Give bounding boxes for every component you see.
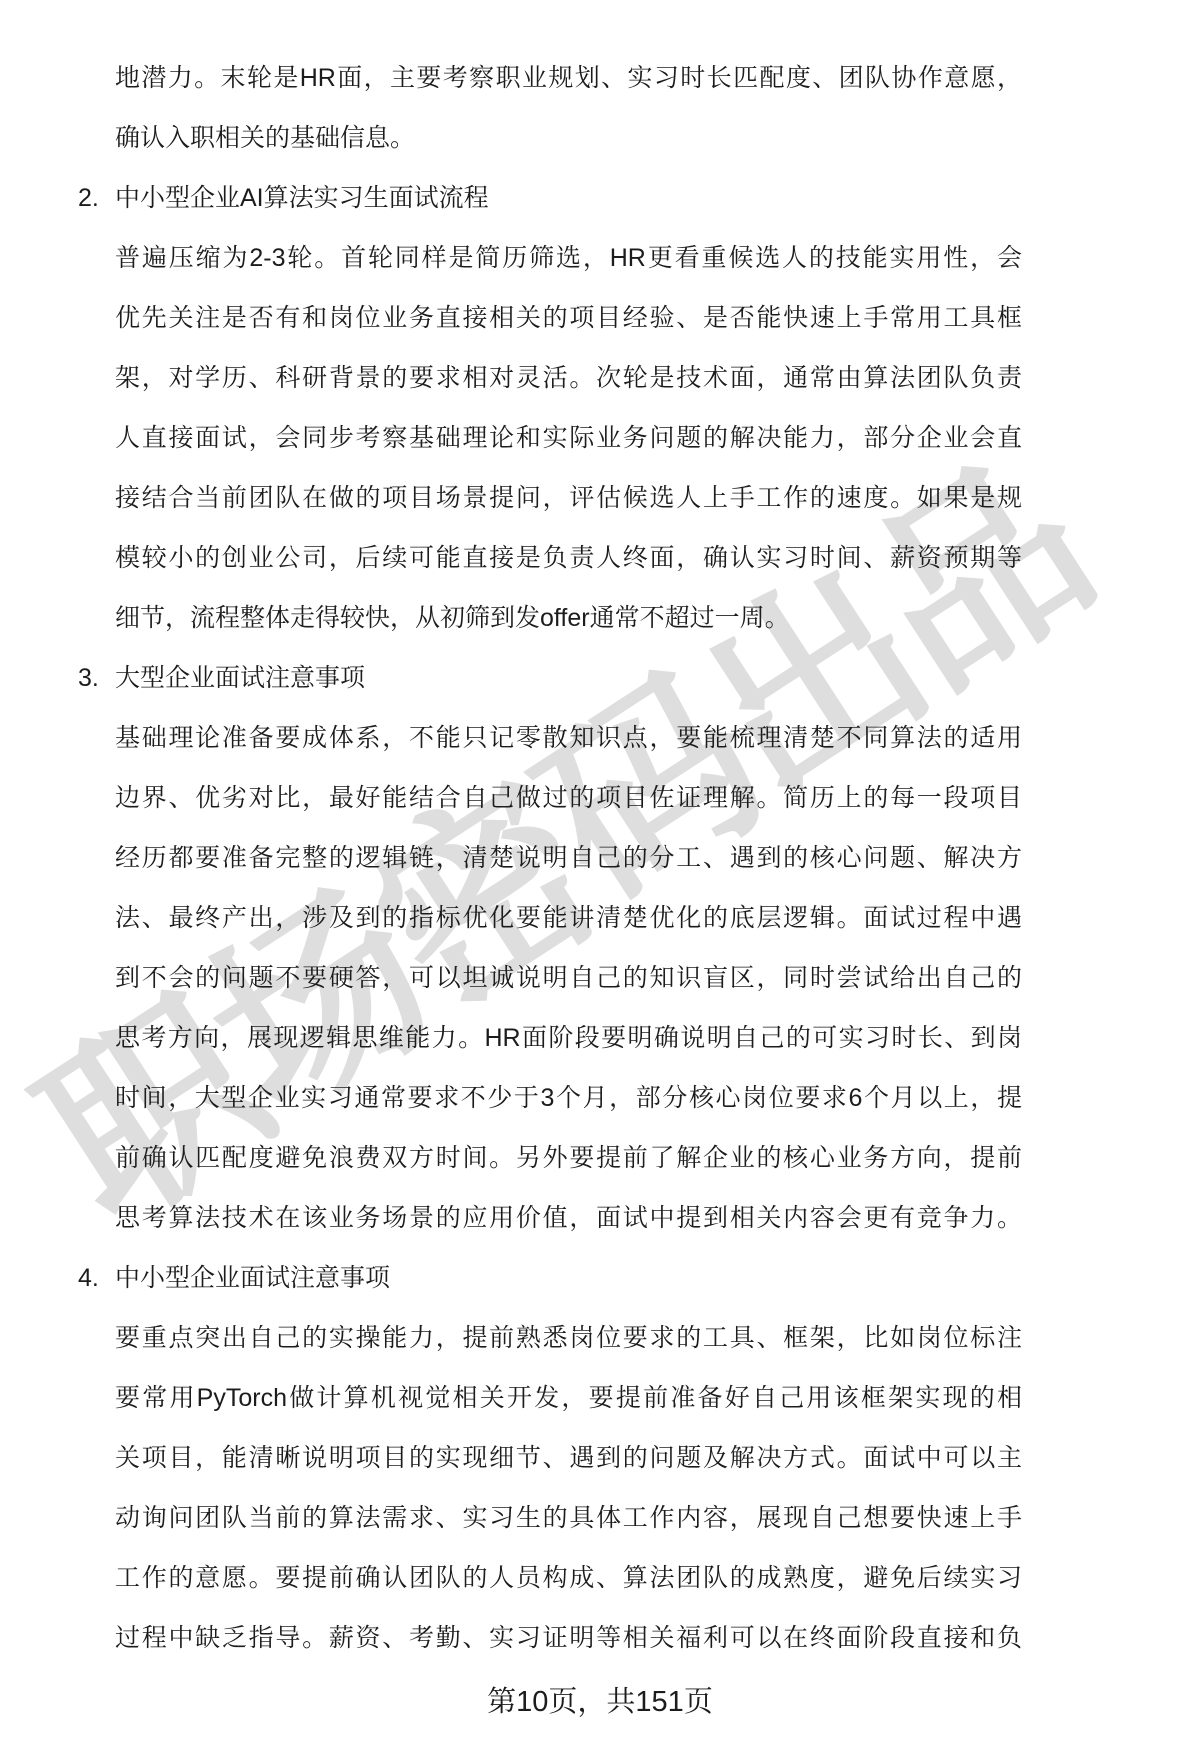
paragraph-line: 优先关注是否有和岗位业务直接相关的项目经验、是否能快速上手常用工具框 bbox=[0, 288, 1022, 348]
paragraph-line: 思考算法技术在该业务场景的应用价值，面试中提到相关内容会更有竞争力。 bbox=[0, 1188, 1022, 1248]
paragraph-line: 接结合当前团队在做的项目场景提问，评估候选人上手工作的速度。如果是规 bbox=[0, 468, 1022, 528]
paragraph-line: 普遍压缩为2-3轮。首轮同样是简历筛选，HR更看重候选人的技能实用性，会 bbox=[0, 228, 1022, 288]
paragraph-line: 工作的意愿。要提前确认团队的人员构成、算法团队的成熟度，避免后续实习 bbox=[0, 1548, 1022, 1608]
paragraph-line: 经历都要准备完整的逻辑链，清楚说明自己的分工、遇到的核心问题、解决方 bbox=[0, 828, 1022, 888]
paragraph-line: 法、最终产出，涉及到的指标优化要能讲清楚优化的底层逻辑。面试过程中遇 bbox=[0, 888, 1022, 948]
paragraph-line: 关项目，能清晰说明项目的实现细节、遇到的问题及解决方式。面试中可以主 bbox=[0, 1428, 1022, 1488]
paragraph-line: 要常用PyTorch做计算机视觉相关开发，要提前准备好自己用该框架实现的相 bbox=[0, 1368, 1022, 1428]
paragraph-line: 过程中缺乏指导。薪资、考勤、实习证明等相关福利可以在终面阶段直接和负 bbox=[0, 1608, 1022, 1668]
paragraph-line: 人直接面试，会同步考察基础理论和实际业务问题的解决能力，部分企业会直 bbox=[0, 408, 1022, 468]
paragraph-line: 到不会的问题不要硬答，可以坦诚说明自己的知识盲区，同时尝试给出自己的 bbox=[0, 948, 1022, 1008]
paragraph-line: 基础理论准备要成体系，不能只记零散知识点，要能梳理清楚不同算法的适用 bbox=[0, 708, 1022, 768]
paragraph-line: 时间，大型企业实习通常要求不少于3个月，部分核心岗位要求6个月以上，提 bbox=[0, 1068, 1022, 1128]
document-body: 地潜力。末轮是HR面，主要考察职业规划、实习时长匹配度、团队协作意愿，确认入职相… bbox=[0, 48, 1200, 1668]
paragraph-line: 地潜力。末轮是HR面，主要考察职业规划、实习时长匹配度、团队协作意愿， bbox=[0, 48, 1022, 108]
list-item-title: 中小型企业面试注意事项 bbox=[115, 1264, 390, 1292]
paragraph-line: 细节，流程整体走得较快，从初筛到发offer通常不超过一周。 bbox=[0, 588, 1200, 648]
paragraph-line: 要重点突出自己的实操能力，提前熟悉岗位要求的工具、框架，比如岗位标注 bbox=[0, 1308, 1022, 1368]
list-item-number: 4. bbox=[78, 1248, 99, 1308]
list-item-number: 3. bbox=[78, 648, 99, 708]
list-item-title: 大型企业面试注意事项 bbox=[115, 664, 365, 692]
list-item-number: 2. bbox=[78, 168, 99, 228]
paragraph-line: 前确认匹配度避免浪费双方时间。另外要提前了解企业的核心业务方向，提前 bbox=[0, 1128, 1022, 1188]
document-page: 职场密码出品 地潜力。末轮是HR面，主要考察职业规划、实习时长匹配度、团队协作意… bbox=[0, 0, 1200, 1755]
list-item-heading: 4.中小型企业面试注意事项 bbox=[0, 1248, 1200, 1308]
page-footer: 第10页，共151页 bbox=[0, 1672, 1200, 1732]
paragraph-line: 动询问团队当前的算法需求、实习生的具体工作内容，展现自己想要快速上手 bbox=[0, 1488, 1022, 1548]
paragraph-line: 架，对学历、科研背景的要求相对灵活。次轮是技术面，通常由算法团队负责 bbox=[0, 348, 1022, 408]
paragraph-line: 模较小的创业公司，后续可能直接是负责人终面，确认实习时间、薪资预期等 bbox=[0, 528, 1022, 588]
paragraph-line: 思考方向，展现逻辑思维能力。HR面阶段要明确说明自己的可实习时长、到岗 bbox=[0, 1008, 1022, 1068]
paragraph-line: 确认入职相关的基础信息。 bbox=[0, 108, 1200, 168]
list-item-heading: 3.大型企业面试注意事项 bbox=[0, 648, 1200, 708]
paragraph-line: 边界、优劣对比，最好能结合自己做过的项目佐证理解。简历上的每一段项目 bbox=[0, 768, 1022, 828]
list-item-heading: 2.中小型企业AI算法实习生面试流程 bbox=[0, 168, 1200, 228]
list-item-title: 中小型企业AI算法实习生面试流程 bbox=[115, 184, 489, 212]
